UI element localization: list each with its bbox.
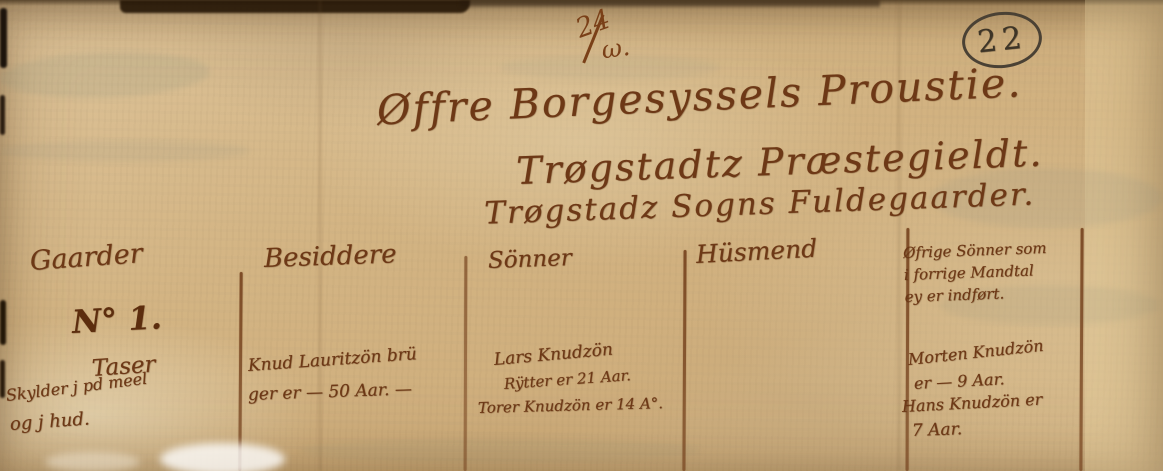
bleedthrough-smudge-1 <box>0 48 211 101</box>
scan-light-patch-2 <box>45 452 140 471</box>
column-rule-1 <box>238 272 242 471</box>
ovrige-sonner-line-4: 7 Aar. <box>912 419 963 441</box>
left-edge-scratch-2 <box>0 95 5 135</box>
farm-note-line-2: og j hud. <box>9 408 90 435</box>
sonner-line-1: Lars Knudzön <box>493 340 614 370</box>
farm-note-line-1: Skylder j pd meel <box>5 369 148 405</box>
column-header-gaarder: Gaarder <box>29 238 144 277</box>
bleedthrough-smudge-2 <box>0 140 250 162</box>
column-header-ovrige-sonner: Øfrige Sönner som i forrige Mandtal ey e… <box>903 237 1083 308</box>
sonner-line-3: Torer Knudzön er 14 A°. <box>478 394 664 417</box>
bleedthrough-smudge-6 <box>300 438 700 463</box>
column-header-besiddere: Besiddere <box>263 239 397 274</box>
ovrige-sonner-line-2: er — 9 Aar. <box>914 369 1005 393</box>
folio-mark-bottom: ω. <box>600 32 632 65</box>
besidder-line-1: Knud Lauritzön brü <box>247 344 417 376</box>
ovrige-sonner-line-3: Hans Knudzön er <box>902 390 1043 416</box>
entry-number: N° 1. <box>71 298 163 341</box>
manuscript-page: 24 ω. 22 Øffre Borgesyssels Proustie. Tr… <box>0 0 1163 471</box>
left-edge-scratch-4 <box>0 360 5 398</box>
sonner-line-2: Rÿtter er 21 Aar. <box>503 366 631 393</box>
binding-edge-dark-strip <box>120 0 470 13</box>
ovrige-sonner-line-1: Morten Knudzön <box>907 336 1044 369</box>
left-edge-scratch-3 <box>0 300 6 345</box>
column-rule-3 <box>682 250 686 471</box>
page-number: 22 <box>976 20 1029 61</box>
besidder-line-2: ger er — 50 Aar. — <box>248 379 413 405</box>
scan-white-patch <box>160 443 285 471</box>
left-edge-scratch-1 <box>0 8 7 68</box>
column-header-sonner: Sönner <box>488 245 573 274</box>
column-header-husmend: Hüsmend <box>695 234 818 269</box>
